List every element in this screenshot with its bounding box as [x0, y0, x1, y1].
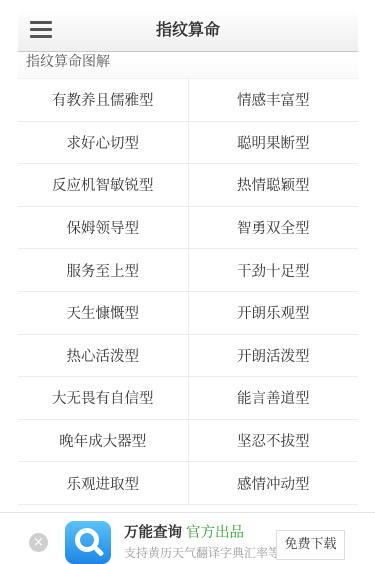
grid-item[interactable]: 感情冲动型 [189, 462, 359, 504]
grid-item[interactable]: 求好心切型 [18, 122, 189, 164]
ad-description: 支持黄历天气翻译字典汇率等 [124, 544, 280, 561]
ad-banner[interactable]: × 万能查询官方出品 支持黄历天气翻译字典汇率等 免费下载 [0, 512, 375, 563]
page-container: 指纹算命 指纹算命图解 有教养且儒雅型 情感丰富型 求好心切型 聪明果断型 反应… [18, 0, 358, 563]
grid-item[interactable]: 大无畏有自信型 [18, 377, 189, 419]
page-title: 指纹算命 [18, 9, 358, 51]
ad-title: 万能查询官方出品 [124, 521, 244, 542]
grid-item[interactable]: 智勇双全型 [189, 207, 359, 249]
grid-item[interactable]: 天生慷慨型 [18, 292, 189, 334]
grid-item[interactable]: 能言善道型 [189, 377, 359, 419]
grid-item[interactable]: 服务至上型 [18, 249, 189, 291]
grid-row: 保姆领导型 智勇双全型 [18, 207, 358, 250]
section-subtitle: 指纹算命图解 [18, 52, 358, 79]
grid-item[interactable]: 乐观进取型 [18, 462, 189, 504]
grid-row: 有教养且儒雅型 情感丰富型 [18, 79, 358, 122]
grid-row: 热心活泼型 开朗活泼型 [18, 335, 358, 378]
close-icon[interactable]: × [29, 533, 48, 552]
grid-item[interactable]: 聪明果断型 [189, 122, 359, 164]
search-magnifier-icon[interactable] [65, 521, 111, 563]
palm-type-grid: 有教养且儒雅型 情感丰富型 求好心切型 聪明果断型 反应机智敏锐型 热情聪颖型 … [18, 79, 358, 505]
grid-item[interactable]: 反应机智敏锐型 [18, 164, 189, 206]
grid-row: 求好心切型 聪明果断型 [18, 122, 358, 165]
grid-row: 乐观进取型 感情冲动型 [18, 462, 358, 505]
grid-row: 服务至上型 干劲十足型 [18, 249, 358, 292]
free-download-button[interactable]: 免费下载 [276, 530, 345, 560]
grid-item[interactable]: 开朗乐观型 [189, 292, 359, 334]
grid-item[interactable]: 保姆领导型 [18, 207, 189, 249]
top-header: 指纹算命 [18, 9, 358, 52]
grid-row: 天生慷慨型 开朗乐观型 [18, 292, 358, 335]
grid-item[interactable]: 干劲十足型 [189, 249, 359, 291]
handle-shape [94, 546, 105, 557]
grid-row: 大无畏有自信型 能言善道型 [18, 377, 358, 420]
ad-official-tag: 官方出品 [186, 525, 244, 541]
grid-item[interactable]: 情感丰富型 [189, 79, 359, 121]
grid-item[interactable]: 晚年成大器型 [18, 420, 189, 462]
grid-item[interactable]: 坚忍不拔型 [189, 420, 359, 462]
grid-item[interactable]: 热心活泼型 [18, 335, 189, 377]
grid-item[interactable]: 有教养且儒雅型 [18, 79, 189, 121]
grid-item[interactable]: 开朗活泼型 [189, 335, 359, 377]
grid-row: 晚年成大器型 坚忍不拔型 [18, 420, 358, 463]
grid-row: 反应机智敏锐型 热情聪颖型 [18, 164, 358, 207]
grid-item[interactable]: 热情聪颖型 [189, 164, 359, 206]
ad-app-name: 万能查询 [124, 525, 182, 541]
